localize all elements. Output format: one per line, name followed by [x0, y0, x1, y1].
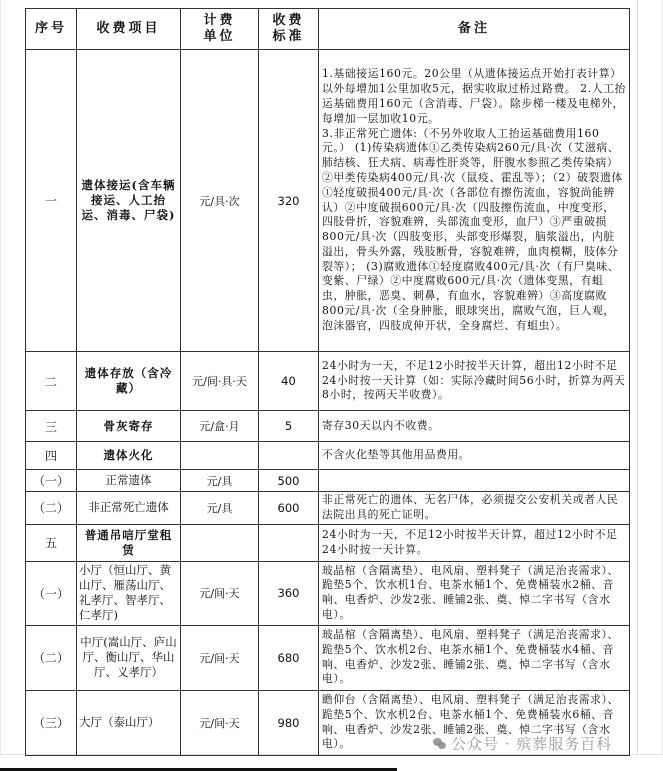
row-item: 普通吊唁厅堂租赁	[77, 524, 181, 561]
row-price: 40	[259, 352, 319, 411]
row-unit: 元/具	[181, 470, 259, 492]
row-unit: 元/盒·月	[181, 411, 259, 442]
row-no: （三）	[26, 690, 77, 755]
table-row: 四 遗体火化 不含火化垫等其他用品费用。	[26, 442, 630, 470]
row-note: 24小时为一天，不足12小时按半天计算，超过12小时不足24小时按一天计算。	[319, 524, 630, 561]
row-no: 五	[26, 524, 77, 561]
row-unit: 元/间·天	[181, 561, 259, 625]
row-price	[259, 442, 319, 470]
table-header-row: 序号 收费项目 计费单位 收费标准 备注	[26, 9, 630, 50]
header-price-line1: 收费	[272, 13, 304, 28]
header-price: 收费标准	[259, 9, 319, 50]
row-item: 大厅（泰山厅）	[77, 690, 181, 755]
row-item: 骨灰寄存	[77, 411, 181, 442]
row-item: 小厅（恒山厅、黄山厅、雁荡山厅、礼孝厅、智孝厅、仁孝厅)	[77, 561, 181, 625]
wechat-icon	[433, 738, 447, 750]
row-note: 玻晶棺（含隔离垫）、电风扇、塑料凳子（满足治丧需求）、跪垫5个、饮水机2台、电茶…	[319, 625, 630, 690]
table-row: 五 普通吊唁厅堂租赁 24小时为一天，不足12小时按半天计算，超过12小时不足2…	[26, 524, 630, 561]
row-unit	[181, 524, 259, 561]
header-unit-line1: 计费	[203, 13, 235, 28]
row-price	[259, 524, 319, 561]
row-note: 不含火化垫等其他用品费用。	[319, 442, 630, 470]
row-note: 非正常死亡的遗体、无名尸体，必须提交公安机关或者人民法院出具的死亡证明。	[319, 492, 630, 525]
row-no: 三	[26, 411, 77, 442]
row-no: （二）	[26, 492, 77, 525]
row-item: 遗体接运(含车辆接运、人工抬运、消毒、尸袋)	[77, 50, 181, 352]
row-price: 500	[259, 470, 319, 492]
table-row: 二 遗体存放（含冷藏） 元/间·具·天 40 24小时为一天，不足12小时按半天…	[26, 352, 630, 411]
row-no: 一	[26, 50, 77, 352]
watermark-text: 公众号 · 殡葬服务百科	[451, 733, 612, 754]
row-unit: 元/具·次	[181, 50, 259, 352]
row-unit: 元/间·具·天	[181, 352, 259, 411]
table-row: 一 遗体接运(含车辆接运、人工抬运、消毒、尸袋) 元/具·次 320 1.基础接…	[26, 50, 630, 352]
row-item: 遗体火化	[77, 442, 181, 470]
header-unit: 计费单位	[181, 9, 259, 50]
row-price: 980	[259, 690, 319, 755]
table-row: 三 骨灰寄存 元/盒·月 5 寄存30天以内不收费。	[26, 411, 630, 442]
header-item: 收费项目	[77, 9, 181, 50]
header-note: 备注	[319, 9, 630, 50]
header-unit-line2: 单位	[203, 29, 235, 44]
row-no: （一）	[26, 561, 77, 625]
header-no: 序号	[26, 9, 77, 50]
row-note: 玻晶棺（含隔离垫）、电风扇、塑料凳子（满足治丧需求）、跪垫5个、饮水机1台、电茶…	[319, 561, 630, 625]
row-no: 二	[26, 352, 77, 411]
fee-schedule-table: 序号 收费项目 计费单位 收费标准 备注 一 遗体接运(含车辆接运、人工抬运、消…	[25, 8, 630, 756]
header-price-line2: 标准	[272, 29, 304, 44]
table-row: （二） 非正常死亡遗体 元/具 600 非正常死亡的遗体、无名尸体，必须提交公安…	[26, 492, 630, 525]
page-edge	[637, 0, 638, 754]
row-no: 四	[26, 442, 77, 470]
row-no: （一）	[26, 470, 77, 492]
row-price: 680	[259, 625, 319, 690]
row-unit: 元/间·天	[181, 690, 259, 755]
row-unit: 元/具	[181, 492, 259, 525]
row-note	[319, 470, 630, 492]
row-price: 320	[259, 50, 319, 352]
table-row: （一） 小厅（恒山厅、黄山厅、雁荡山厅、礼孝厅、智孝厅、仁孝厅) 元/间·天 3…	[26, 561, 630, 625]
row-item: 中厅(嵩山厅、庐山厅、衡山厅、华山厅、义孝厅）	[77, 625, 181, 690]
row-price: 600	[259, 492, 319, 525]
row-item: 非正常死亡遗体	[77, 492, 181, 525]
row-note: 1.基础接运160元。20公里（从遗体接运点开始打表计算）以外每增加1公里加收5…	[319, 50, 630, 352]
row-item: 正常遗体	[77, 470, 181, 492]
row-note: 寄存30天以内不收费。	[319, 411, 630, 442]
row-price: 360	[259, 561, 319, 625]
table-row: （一） 正常遗体 元/具 500	[26, 470, 630, 492]
table-row: （二） 中厅(嵩山厅、庐山厅、衡山厅、华山厅、义孝厅） 元/间·天 680 玻晶…	[26, 625, 630, 690]
row-unit	[181, 442, 259, 470]
row-note: 24小时为一天，不足12小时按半天计算，超出12小时不足24小时按一天计算（如：…	[319, 352, 630, 411]
row-unit: 元/间·天	[181, 625, 259, 690]
watermark: 公众号 · 殡葬服务百科	[433, 733, 612, 754]
row-price: 5	[259, 411, 319, 442]
row-item: 遗体存放（含冷藏）	[77, 352, 181, 411]
row-no: （二）	[26, 625, 77, 690]
